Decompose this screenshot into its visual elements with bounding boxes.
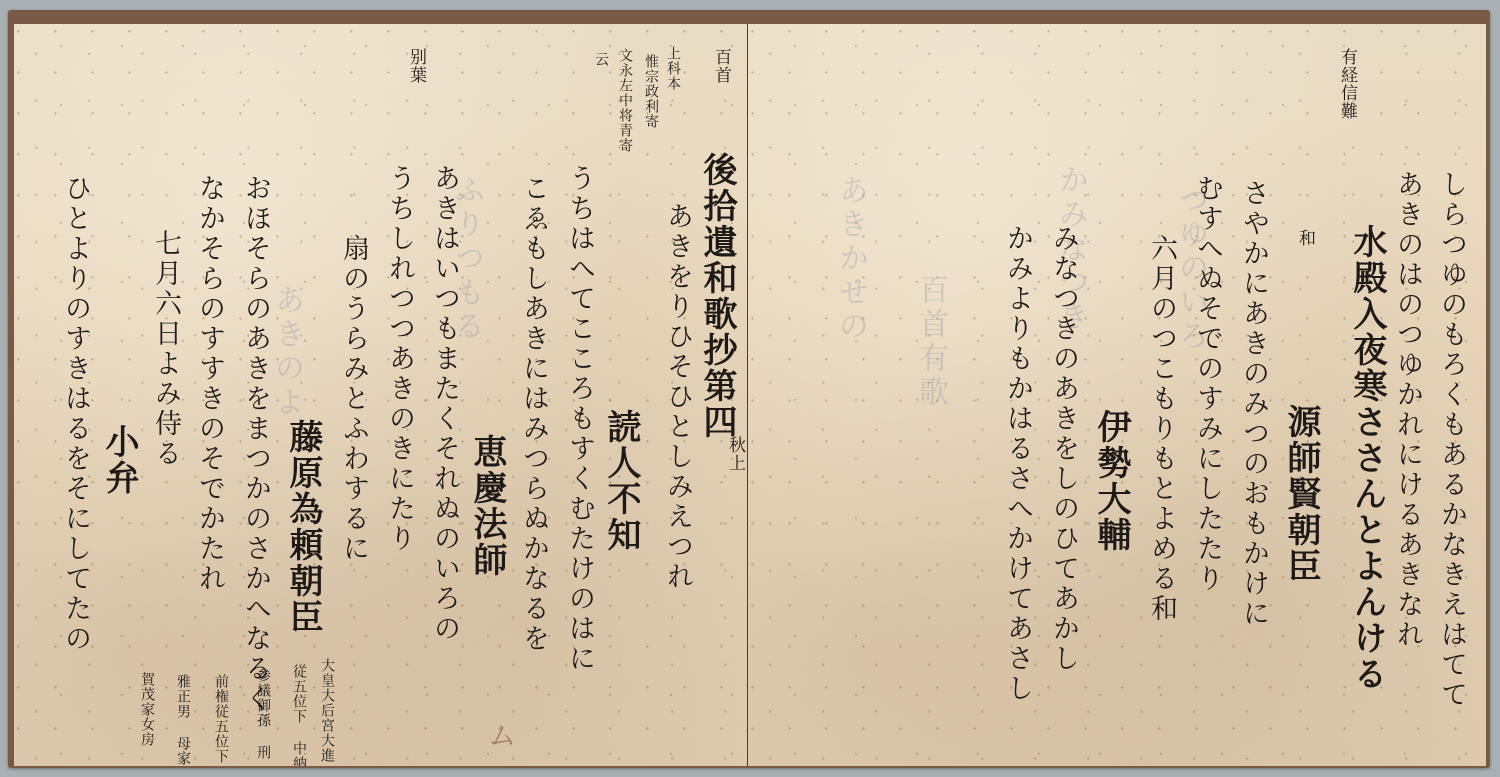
verse-column-9: 七月六日よみ侍る [152,229,179,469]
ink-mark: ム [488,714,516,754]
verse-column-7: かみよりもかはるさへかけてあさし [1004,224,1031,704]
verse-column-3: こゑもしあきにはみつらぬかなるを [520,174,547,654]
author-3: 藤原為頼朝臣 [286,419,320,635]
verse-column-8: なかそらのすすきのそでかたれ [196,174,223,594]
verse-column-5: 六月のつこもりもとよめる和 [1148,234,1175,624]
author-2: 恵慶法師 [470,434,504,578]
footer-note-4: 前権従五位下 [214,674,228,764]
header-note-3: 文永左中将青寄 [618,48,632,153]
season-note: 秋上 [726,436,743,472]
verse-column-6: みなつきのあきをしのひてあかし [1050,224,1077,674]
header-note-betsuyo: 别葉 [407,48,424,84]
verse-column-1: あきをりひそひとしみえつれ [664,202,691,592]
author-2: 伊勢大輔 [1094,409,1128,553]
title-column: 水殿入夜寒ささんとよんける [1350,224,1384,692]
verse-column-2: あきのはのつゆかれにけるあきなれ [1394,170,1421,650]
bleed-through-text: 百首有歌 [908,274,952,410]
header-note-4: 云 [594,52,608,67]
manuscript-book: ふりつもる あきのよ 百首 上科本 惟宗政利寄 文永左中将青寄 云 别葉 後拾遺… [8,10,1490,768]
right-page: あきかせの 百首有歌 かみなつき つゆのいろ 有経信難 しらつゆのもろくもあるか… [748,24,1486,766]
verse-column-6: 扇のうらみとふわするに [340,234,367,564]
bleed-through-text: あきかせの [828,174,872,344]
verse-column-1: しらつゆのもろくもあるかなきえはてて [1438,170,1465,710]
footer-note-2: 従五位下 中納 [292,664,306,766]
header-note-1: 上科本 [666,46,680,91]
author-1: 源師賢朝臣 [1284,404,1318,584]
footer-note-6: 賀茂家女房 [140,672,154,747]
verse-column-3: さやかにあきのみつのおもかけに [1240,179,1267,629]
left-page: ふりつもる あきのよ 百首 上科本 惟宗政利寄 文永左中将青寄 云 别葉 後拾遺… [14,24,748,766]
verse-column-5: うちしれつつあきのきにたり [386,164,413,554]
verse-column-4: むすへぬそでのすみにしたたり [1194,174,1221,594]
author-1: 読人不知 [604,409,638,553]
collection-title: 後拾遺和歌抄第四 [700,152,734,440]
header-note-hyakushu: 百首 [712,48,729,84]
author-4: 小弁 [102,424,136,496]
label-wa: 和 [1296,229,1313,247]
verse-column-2: うちはへてこころもすくむたけのはに [566,164,593,674]
footer-note-3: 参議御孫 刑 [256,668,270,760]
verse-column-4: あきはいつもまたくそれぬのいろの [431,164,458,644]
verse-column-10: ひとよりのすきはるをそにしてたの [62,174,89,654]
header-note-2: 惟宗政利寄 [644,54,658,129]
header-note: 有経信難 [1338,48,1355,120]
footer-note-5: 雅正男 母家 [176,674,190,766]
verse-column-7: おほそらのあきをまつかのさかへなるく [242,174,269,714]
footer-note-1: 大皇大后宮大進 [320,658,334,763]
